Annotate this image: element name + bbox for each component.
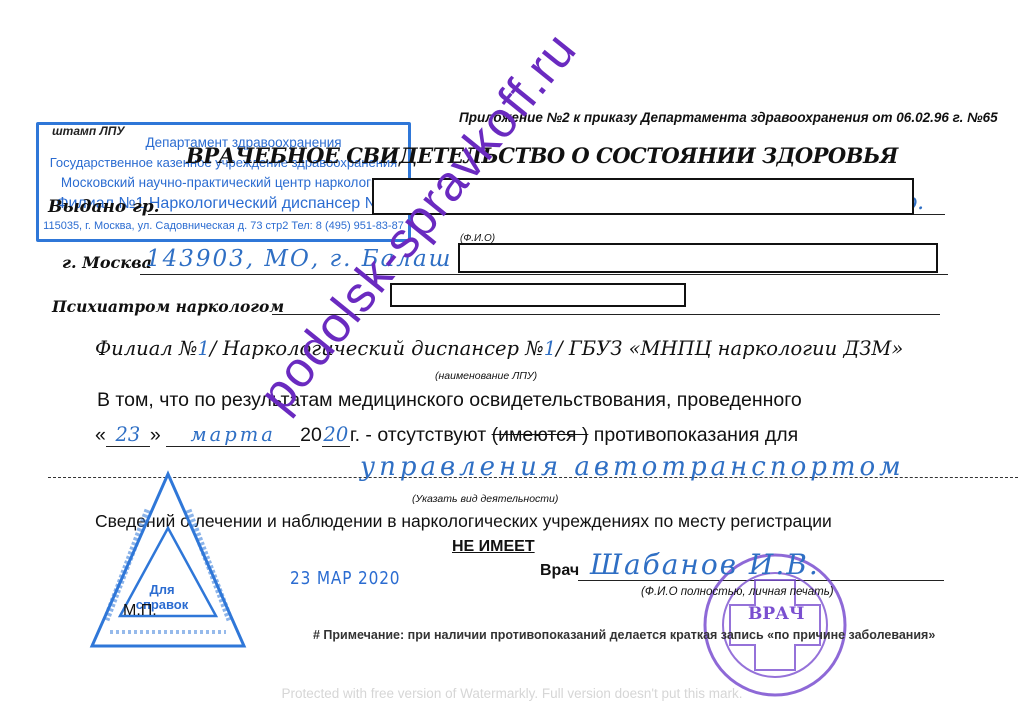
exam-year: 20: [322, 423, 350, 447]
redacted-address-box: [458, 243, 938, 273]
mp-label: М.П.: [123, 602, 157, 620]
not-have-text: НЕ ИМЕЕТ: [452, 538, 535, 556]
date-line: «23» марта2020г. - отсутствуют (имеются …: [95, 423, 798, 447]
issued-label: Выдано гр.: [48, 197, 160, 217]
branch-middle: / Наркологический диспансер №: [210, 337, 544, 360]
address-underline: [140, 274, 948, 275]
result-line: В том, что по результатам медицинского о…: [97, 389, 802, 412]
quote-open: «: [95, 424, 106, 446]
stamp-label: штамп ЛПУ: [52, 124, 125, 138]
footnote: # Примечание: при наличии противопоказан…: [313, 628, 935, 642]
branch-suffix: / ГБУЗ «МНПЦ наркологии ДЗМ»: [556, 337, 903, 360]
dispensary-number: 1: [544, 337, 556, 360]
round-stamp-center: ВРАЧ: [748, 604, 805, 624]
redacted-doctor-box: [390, 283, 686, 307]
clinic-stamp-line: 115035, г. Москва, ул. Садовническая д. …: [39, 220, 408, 232]
year-prefix: 20: [300, 424, 322, 446]
branch-number: 1: [197, 337, 209, 360]
psychiatrist-label: Психиатром наркологом: [52, 297, 284, 316]
doctor-label: Врач: [540, 562, 579, 580]
branch-prefix: Филиал №: [95, 337, 197, 360]
doctor-caption: (Ф.И.О полностью, личная печать): [641, 586, 834, 598]
lpu-caption: (наименование ЛПУ): [435, 370, 537, 382]
clinic-stamp: Департамент здравоохранения Государствен…: [36, 122, 411, 242]
quote-close: »: [150, 424, 161, 446]
page-title: ВРАЧЕБНОЕ СВИДЕТЕЛЬСТВО О СОСТОЯНИИ ЗДОР…: [186, 143, 898, 168]
struck-text: (имеются ): [492, 424, 589, 446]
exam-month: марта: [166, 423, 300, 447]
activity-caption: (Указать вид деятельности): [412, 493, 558, 505]
doctor-signature: Шабанов И.В.: [590, 548, 820, 581]
contraindications-text: противопоказания для: [594, 424, 798, 446]
branch-line: Филиал №1/ Наркологический диспансер №1/…: [95, 337, 903, 360]
footer-watermark: Protected with free version of Watermark…: [0, 686, 1024, 701]
date-stamp: 23 МАР 2020: [290, 568, 400, 589]
clinic-stamp-line: Московский научно-практический центр нар…: [39, 175, 408, 190]
triangle-stamp-icon: [88, 470, 248, 652]
exam-day: 23: [106, 423, 150, 447]
after-year: г. - отсутствуют: [350, 424, 486, 446]
city-label: г. Москва: [62, 253, 152, 272]
activity-handwritten: управления автотранспортом: [360, 452, 905, 482]
